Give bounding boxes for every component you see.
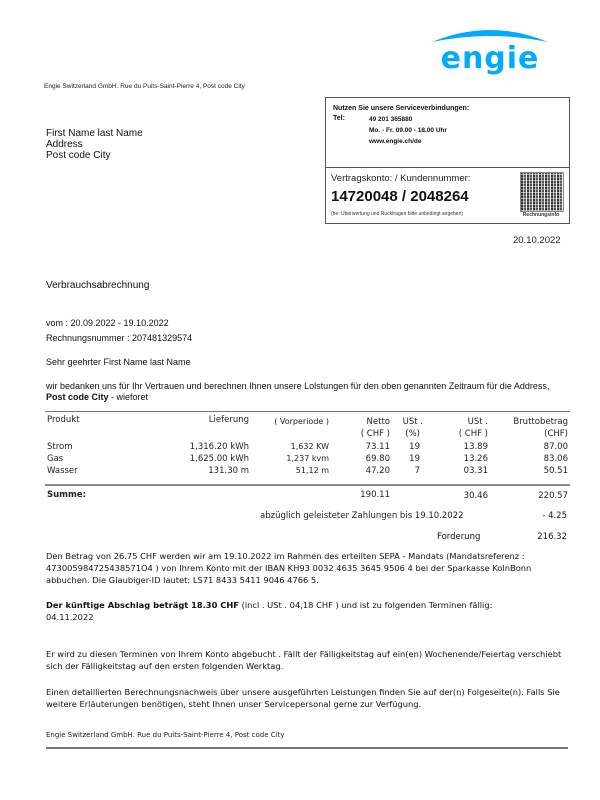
billing-period: vom : 20.09.2022 - 19.10.2022 (46, 318, 169, 328)
service-phone[interactable]: 49 201 365880 (369, 116, 412, 123)
service-contact-section: Nutzen Sie unsere Serviceverbindungen: T… (326, 98, 569, 168)
deduction-label: abzüglich geleisteter Zahlungen bis 19.1… (260, 511, 464, 521)
cell-delivery: 1,316.20 kWh (145, 442, 249, 452)
installment-amount: Der künftige Abschlag beträgt 18.30 CHF (46, 600, 239, 610)
account-number: 14720048 / 2048264 (331, 188, 469, 205)
header-vat-chf-unit: ( CHF ) (435, 429, 488, 439)
deduction-value: - 4.25 (520, 511, 567, 521)
invoice-number: Rechnungsnummer : 207481329574 (46, 333, 192, 343)
cell-product: Wasser (47, 466, 78, 476)
sum-vat: 30.46 (435, 491, 488, 501)
footer-rule (46, 747, 568, 749)
sender-address-line: Engie Switzerland GmbH. Rue du Puits-Sai… (44, 83, 245, 90)
sum-net: 190.11 (335, 490, 390, 500)
details-paragraph: Einen detaillierten Berechnungsnachweis … (46, 686, 576, 710)
cell-previous: 1,237 kvm (235, 454, 329, 463)
claim-label: Forderung (437, 532, 480, 542)
recipient-street: Address (46, 139, 143, 150)
account-label: Vertragskonto: / Kundennummer: (331, 173, 470, 184)
engie-logo: engie (428, 24, 552, 76)
recipient-address: First Name last Name Address Post code C… (46, 128, 143, 161)
sepa-paragraph: Den Betrag von 26.75 CHF werden wir am 1… (46, 550, 576, 586)
cell-vat-pct: 7 (390, 466, 420, 476)
cell-vat-chf: 13.26 (435, 454, 488, 464)
cell-previous: 51,12 m (235, 466, 329, 475)
header-vat-percent-unit: (%) (390, 429, 420, 439)
service-info-box: Nutzen Sie unsere Serviceverbindungen: T… (325, 97, 570, 224)
salutation: Sehr geehrter First Name last Name (46, 357, 191, 367)
table-top-rule (45, 411, 570, 412)
service-website-link[interactable]: www.engie.ch/de (369, 138, 422, 145)
installment-text: (incl . USt . 04,18 CHF ) und ist zu fol… (239, 600, 492, 610)
cell-net: 73.11 (335, 442, 390, 452)
intro-paragraph: wir bedanken uns für Ihr Vertrauen und b… (46, 381, 566, 403)
debit-paragraph: Er wird zu diesen Terminen von Ihrem Kon… (46, 648, 576, 672)
installment-paragraph: Der künftige Abschlag beträgt 18.30 CHF … (46, 599, 576, 623)
document-title: Verbrauchsabrechnung (46, 280, 149, 291)
cell-delivery: 1,625.00 kWh (145, 454, 249, 464)
recipient-city: Post code City (46, 150, 143, 161)
cell-gross: 83.06 (490, 454, 568, 464)
cell-gross: 50.51 (490, 466, 568, 476)
qr-label: Rechnungsinfo (516, 212, 566, 218)
header-gross: Bruttobetrag (490, 417, 568, 427)
cell-product: Strom (47, 442, 73, 452)
header-vat-chf: USt . (435, 417, 488, 427)
sum-gross: 220.57 (490, 491, 568, 501)
cell-net: 47.20 (335, 466, 390, 476)
header-previous: ( Vorperiode ) (235, 417, 329, 426)
cell-net: 69.80 (335, 454, 390, 464)
recipient-name: First Name last Name (46, 128, 143, 139)
header-vat-percent: USt . (390, 417, 423, 427)
footer-address: Engie Switzerland GmbH. Rue du Puits-Sai… (46, 731, 284, 739)
service-hours: Mo. - Fr. 09.00 - 18.00 Uhr (369, 127, 447, 134)
header-product: Produkt (47, 415, 80, 425)
installment-date: 04.11.2022 (46, 612, 94, 622)
tel-label: Tel: (333, 115, 345, 122)
cell-gross: 87.00 (490, 442, 568, 452)
cell-product: Gas (47, 454, 63, 464)
header-delivery: Lieferung (145, 415, 249, 425)
intro-suffix: - wieforet (109, 392, 149, 402)
intro-city: Post code City (46, 392, 109, 402)
sum-label: Summe: (47, 490, 86, 500)
logo-wordmark: engie (428, 42, 552, 76)
cell-vat-chf: 03.31 (435, 466, 488, 476)
account-section: Vertragskonto: / Kundennummer: 14720048 … (326, 168, 569, 224)
account-note: (be: Uberwertung und Ruckfragen bitte un… (331, 211, 463, 217)
claim-value: 216.32 (520, 532, 567, 542)
table-sum-rule (45, 484, 570, 486)
intro-text: wir bedanken uns für Ihr Vertrauen und b… (46, 381, 549, 391)
header-gross-unit: (CHF) (490, 429, 568, 439)
cell-delivery: 131.30 m (145, 466, 249, 476)
header-net: Netto (335, 417, 390, 427)
qr-code-icon[interactable] (520, 172, 564, 212)
header-net-unit: ( CHF ) (335, 429, 390, 439)
cell-vat-pct: 19 (390, 454, 420, 464)
cell-vat-pct: 19 (390, 442, 420, 452)
service-title: Nutzen Sie unsere Serviceverbindungen: (333, 105, 469, 112)
cell-previous: 1,632 KW (235, 442, 329, 451)
document-date: 20.10.2022 (513, 235, 561, 246)
cell-vat-chf: 13.89 (435, 442, 488, 452)
